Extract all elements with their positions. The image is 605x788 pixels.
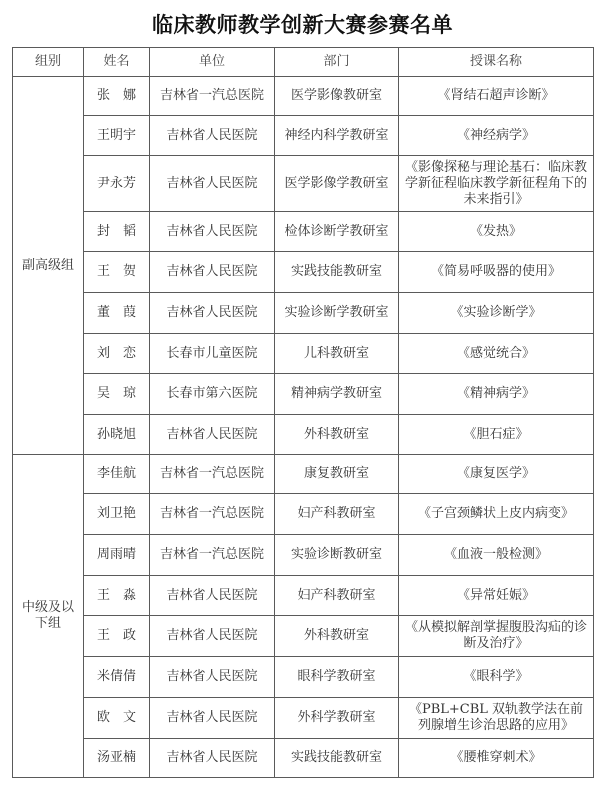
header-department: 部门 [275, 48, 399, 77]
participant-name: 刘卫艳 [84, 494, 150, 535]
table-row: 吴 琼长春市第六医院精神病学教研室《精神病学》 [13, 374, 594, 415]
course-title-cell: 《肾结石超声诊断》 [399, 77, 594, 116]
participant-name: 米倩倩 [84, 657, 150, 698]
unit-cell: 吉林省人民医院 [150, 616, 275, 657]
department-cell: 医学影像教研室 [275, 77, 399, 116]
unit-cell: 吉林省人民医院 [150, 212, 275, 252]
unit-cell: 吉林省人民医院 [150, 116, 275, 156]
department-cell: 妇产科教研室 [275, 494, 399, 535]
department-cell: 实验诊断学教研室 [275, 293, 399, 334]
table-row: 王明宇吉林省人民医院神经内科学教研室《神经病学》 [13, 116, 594, 156]
participant-name: 孙晓旭 [84, 415, 150, 455]
department-cell: 外科教研室 [275, 415, 399, 455]
department-cell: 实践技能教研室 [275, 252, 399, 293]
participant-name: 尹永芳 [84, 156, 150, 212]
participant-name: 张 娜 [84, 77, 150, 116]
table-body: 副高级组张 娜吉林省一汽总医院医学影像教研室《肾结石超声诊断》王明宇吉林省人民医… [13, 77, 594, 778]
participant-name: 吴 琼 [84, 374, 150, 415]
participant-name: 欧 文 [84, 698, 150, 739]
course-title-cell: 《发热》 [399, 212, 594, 252]
table-row: 王 淼吉林省人民医院妇产科教研室《异常妊娠》 [13, 576, 594, 616]
unit-cell: 吉林省人民医院 [150, 293, 275, 334]
course-title-cell: 《康复医学》 [399, 455, 594, 494]
course-title-cell: 《精神病学》 [399, 374, 594, 415]
course-title-cell: 《子宫颈鳞状上皮内病变》 [399, 494, 594, 535]
department-cell: 眼科学教研室 [275, 657, 399, 698]
table-row: 封 韬吉林省人民医院检体诊断学教研室《发热》 [13, 212, 594, 252]
course-title-cell: 《感觉统合》 [399, 334, 594, 374]
header-name: 姓名 [84, 48, 150, 77]
header-course-title: 授课名称 [399, 48, 594, 77]
table-row: 刘卫艳吉林省一汽总医院妇产科教研室《子宫颈鳞状上皮内病变》 [13, 494, 594, 535]
table-row: 刘 恋长春市儿童医院儿科教研室《感觉统合》 [13, 334, 594, 374]
course-title-cell: 《神经病学》 [399, 116, 594, 156]
participant-table: 组别 姓名 单位 部门 授课名称 副高级组张 娜吉林省一汽总医院医学影像教研室《… [12, 47, 594, 778]
table-row: 孙晓旭吉林省人民医院外科教研室《胆石症》 [13, 415, 594, 455]
department-cell: 检体诊断学教研室 [275, 212, 399, 252]
department-cell: 妇产科教研室 [275, 576, 399, 616]
unit-cell: 吉林省一汽总医院 [150, 455, 275, 494]
unit-cell: 长春市儿童医院 [150, 334, 275, 374]
unit-cell: 吉林省人民医院 [150, 739, 275, 778]
participant-name: 汤亚楠 [84, 739, 150, 778]
group-cell: 中级及以下组 [13, 455, 84, 778]
course-title-cell: 《实验诊断学》 [399, 293, 594, 334]
unit-cell: 吉林省一汽总医院 [150, 535, 275, 576]
header-group: 组别 [13, 48, 84, 77]
unit-cell: 吉林省人民医院 [150, 576, 275, 616]
department-cell: 外科学教研室 [275, 698, 399, 739]
group-cell: 副高级组 [13, 77, 84, 455]
participant-name: 王 淼 [84, 576, 150, 616]
table-header-row: 组别 姓名 单位 部门 授课名称 [13, 48, 594, 77]
department-cell: 儿科教研室 [275, 334, 399, 374]
unit-cell: 吉林省人民医院 [150, 415, 275, 455]
department-cell: 精神病学教研室 [275, 374, 399, 415]
table-row: 王 政吉林省人民医院外科教研室《从模拟解剖掌握腹股沟疝的诊断及治疗》 [13, 616, 594, 657]
unit-cell: 吉林省人民医院 [150, 252, 275, 293]
table-row: 欧 文吉林省人民医院外科学教研室《PBL+CBL 双轨教学法在前列腺增生诊治思路… [13, 698, 594, 739]
participant-name: 王 政 [84, 616, 150, 657]
course-title-cell: 《PBL+CBL 双轨教学法在前列腺增生诊治思路的应用》 [399, 698, 594, 739]
table-row: 王 贺吉林省人民医院实践技能教研室《简易呼吸器的使用》 [13, 252, 594, 293]
department-cell: 神经内科学教研室 [275, 116, 399, 156]
unit-cell: 吉林省一汽总医院 [150, 494, 275, 535]
participant-name: 李佳航 [84, 455, 150, 494]
participant-name: 王明宇 [84, 116, 150, 156]
department-cell: 外科教研室 [275, 616, 399, 657]
course-title-cell: 《异常妊娠》 [399, 576, 594, 616]
participant-name: 封 韬 [84, 212, 150, 252]
unit-cell: 吉林省人民医院 [150, 698, 275, 739]
course-title-cell: 《腰椎穿刺术》 [399, 739, 594, 778]
participant-name: 董 葭 [84, 293, 150, 334]
participant-name: 刘 恋 [84, 334, 150, 374]
header-unit: 单位 [150, 48, 275, 77]
table-row: 尹永芳吉林省人民医院医学影像学教研室《影像探秘与理论基石：临床教学新征程临床教学… [13, 156, 594, 212]
course-title-cell: 《眼科学》 [399, 657, 594, 698]
unit-cell: 吉林省一汽总医院 [150, 77, 275, 116]
course-title-cell: 《血液一般检测》 [399, 535, 594, 576]
course-title-cell: 《从模拟解剖掌握腹股沟疝的诊断及治疗》 [399, 616, 594, 657]
table-row: 副高级组张 娜吉林省一汽总医院医学影像教研室《肾结石超声诊断》 [13, 77, 594, 116]
table-row: 中级及以下组李佳航吉林省一汽总医院康复教研室《康复医学》 [13, 455, 594, 494]
unit-cell: 吉林省人民医院 [150, 156, 275, 212]
department-cell: 实践技能教研室 [275, 739, 399, 778]
department-cell: 实验诊断教研室 [275, 535, 399, 576]
table-row: 董 葭吉林省人民医院实验诊断学教研室《实验诊断学》 [13, 293, 594, 334]
table-row: 周雨晴吉林省一汽总医院实验诊断教研室《血液一般检测》 [13, 535, 594, 576]
unit-cell: 吉林省人民医院 [150, 657, 275, 698]
participant-name: 周雨晴 [84, 535, 150, 576]
course-title-cell: 《简易呼吸器的使用》 [399, 252, 594, 293]
table-row: 米倩倩吉林省人民医院眼科学教研室《眼科学》 [13, 657, 594, 698]
course-title-cell: 《影像探秘与理论基石：临床教学新征程临床教学新征程角下的未来指引》 [399, 156, 594, 212]
course-title-cell: 《胆石症》 [399, 415, 594, 455]
unit-cell: 长春市第六医院 [150, 374, 275, 415]
participant-name: 王 贺 [84, 252, 150, 293]
department-cell: 康复教研室 [275, 455, 399, 494]
table-row: 汤亚楠吉林省人民医院实践技能教研室《腰椎穿刺术》 [13, 739, 594, 778]
department-cell: 医学影像学教研室 [275, 156, 399, 212]
page-title: 临床教师教学创新大赛参赛名单 [0, 10, 605, 40]
